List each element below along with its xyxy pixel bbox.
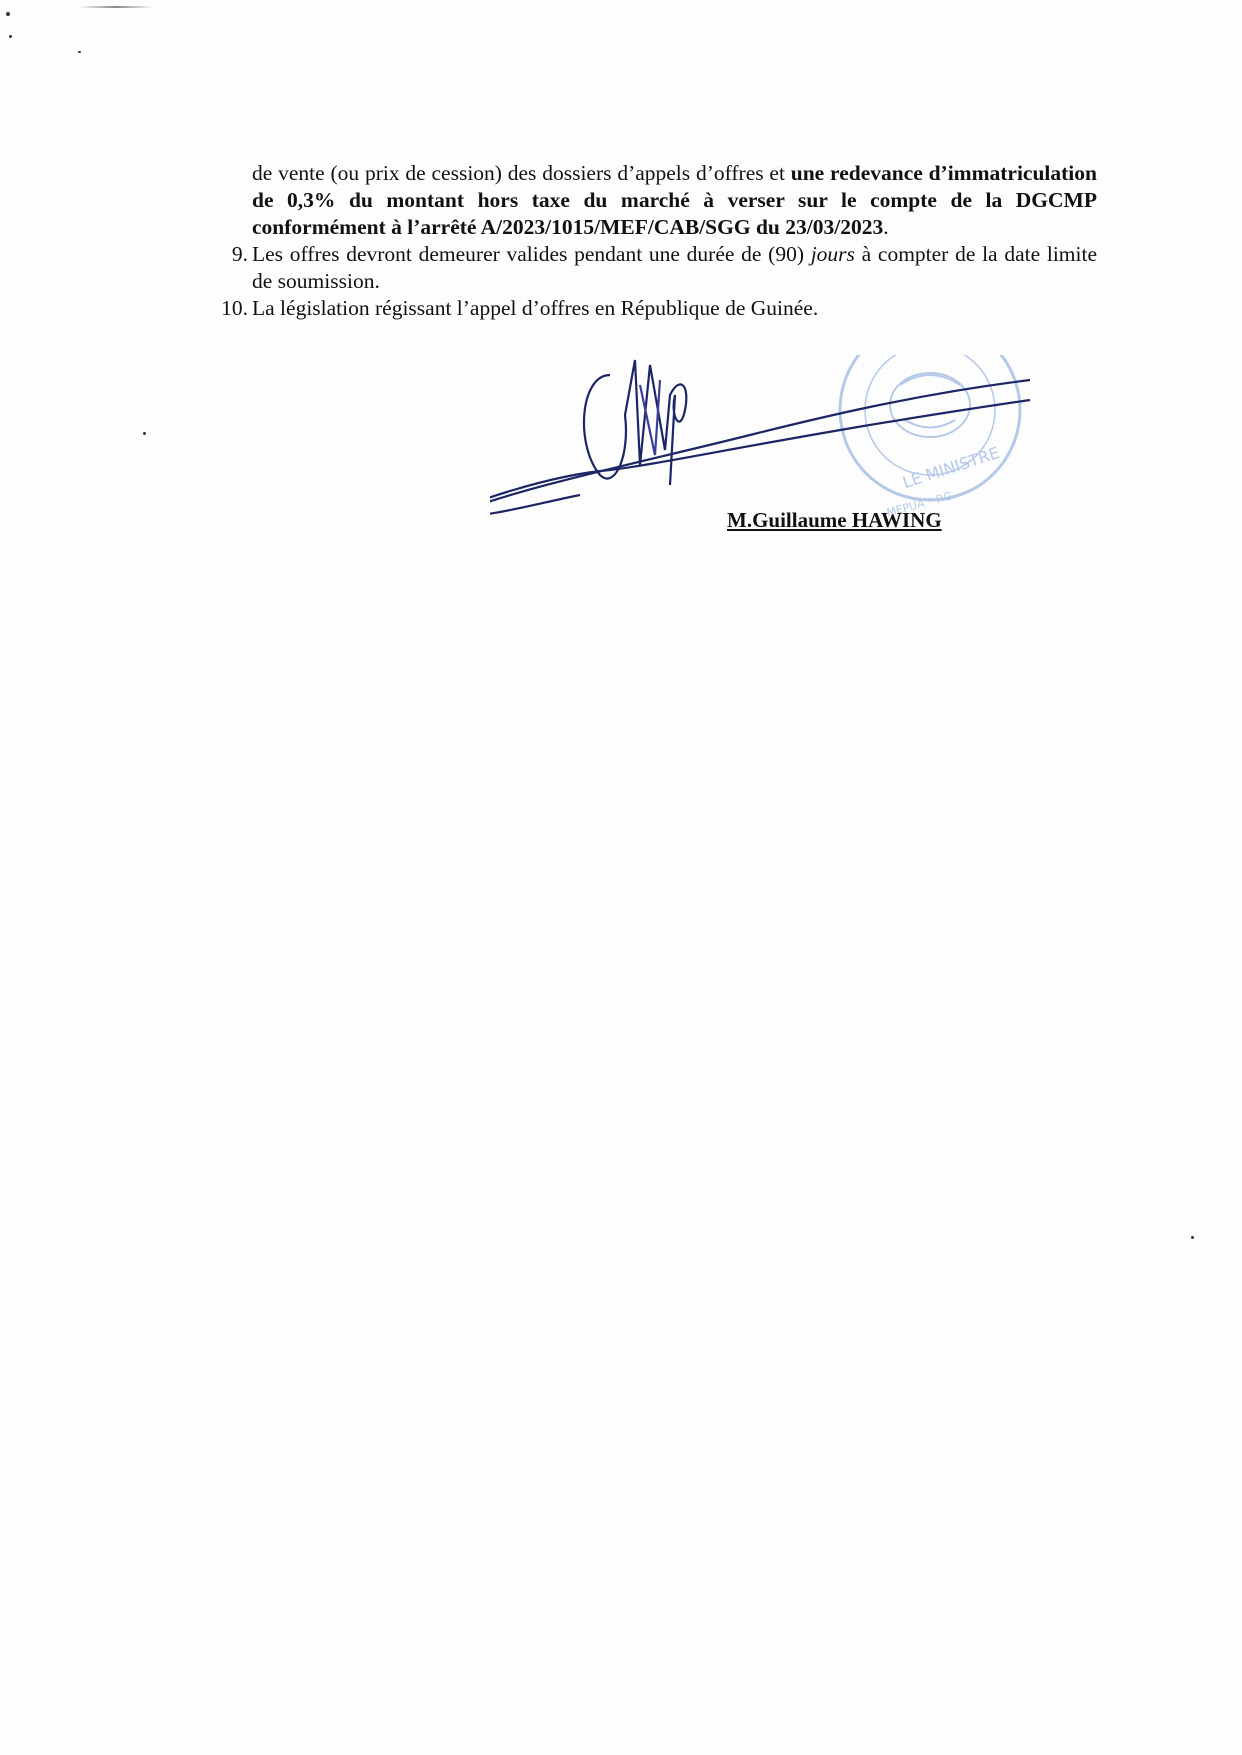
scan-artifact [78,6,154,8]
scan-speck [9,35,12,38]
paragraph-text: de vente (ou prix de cession) des dossie… [252,161,791,185]
document-body: de vente (ou prix de cession) des dossie… [252,160,1097,322]
list-item-9: 9.Les offres devront demeurer valides pe… [252,241,1097,295]
scan-speck [78,51,81,53]
svg-text:LE MINISTRE: LE MINISTRE [900,443,1001,492]
continuation-paragraph: de vente (ou prix de cession) des dossie… [252,160,1097,241]
signer-name: M.Guillaume HAWING [727,508,942,533]
list-item-10: 10.La législation régissant l’appel d’of… [252,295,1097,322]
italic-text: jours [811,242,855,266]
list-text: Les offres devront demeurer valides pend… [252,242,811,266]
list-number: 9. [214,241,248,268]
list-text: La législation régissant l’appel d’offre… [252,296,818,320]
paragraph-end: . [883,215,888,239]
document-page: de vente (ou prix de cession) des dossie… [0,0,1242,1755]
scan-speck [6,12,10,16]
scan-speck [143,432,146,435]
official-stamp-icon: LE MINISTRE MEPUA * RG [840,355,1020,519]
scan-speck [1191,1236,1194,1239]
list-number: 10. [204,295,248,322]
